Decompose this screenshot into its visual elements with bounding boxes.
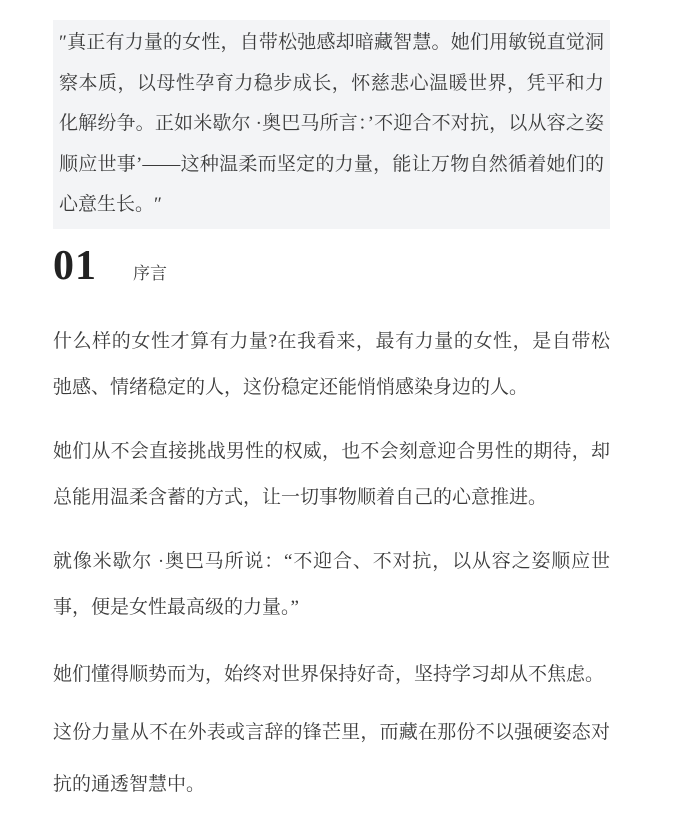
paragraph: 就像米歇尔 ·奥巴马所说：“不迎合、不对抗，以从容之姿顺应世事，便是女性最高级的…: [53, 539, 610, 631]
section-title: 序言: [133, 259, 167, 284]
quote-block: ″真正有力量的女性，自带松弛感却暗藏智慧。她们用敏锐直觉洞察本质，以母性孕育力稳…: [53, 20, 610, 229]
paragraph: 她们懂得顺势而为，始终对世界保持好奇，坚持学习却从不焦虑。: [53, 649, 610, 701]
article-content: ″真正有力量的女性，自带松弛感却暗藏智慧。她们用敏锐直觉洞察本质，以母性孕育力稳…: [53, 20, 610, 811]
section-number: 01: [53, 243, 97, 289]
document-page: ″真正有力量的女性，自带松弛感却暗藏智慧。她们用敏锐直觉洞察本质，以母性孕育力稳…: [0, 0, 682, 813]
section-header: 01 序言: [53, 243, 610, 289]
paragraph: 什么样的女性才算有力量?在我看来，最有力量的女性，是自带松弛感、情绪稳定的人，这…: [53, 319, 610, 411]
paragraph: 这份力量从不在外表或言辞的锋芒里，而藏在那份不以强硬姿态对抗的通透智慧中。: [53, 707, 610, 811]
article-body: 什么样的女性才算有力量?在我看来，最有力量的女性，是自带松弛感、情绪稳定的人，这…: [53, 319, 610, 811]
paragraph: 她们从不会直接挑战男性的权威，也不会刻意迎合男性的期待，却总能用温柔含蓄的方式，…: [53, 429, 610, 521]
